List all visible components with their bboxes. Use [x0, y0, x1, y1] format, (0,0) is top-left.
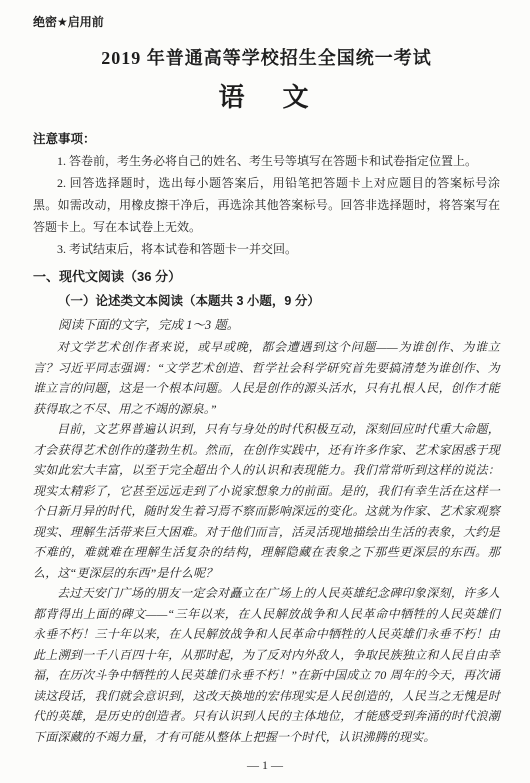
notice-heading: 注意事项：: [33, 128, 500, 150]
section-heading-modern-reading: 一、现代文阅读（36 分）: [33, 265, 500, 289]
exam-paper-page: 绝密★启用前 2019 年普通高等学校招生全国统一考试 语 文 注意事项： 1.…: [0, 0, 530, 783]
reading-passage: 对文学艺术创作者来说，或早或晚，都会遭遇到这个问题——为谁创作、为谁立言？习近平…: [33, 337, 500, 747]
notice-item-1: 1. 答卷前，考生务必将自己的姓名、考生号等填写在答题卡和试卷指定位置上。: [33, 150, 500, 172]
passage-paragraph-1: 对文学艺术创作者来说，或早或晚，都会遭遇到这个问题——为谁创作、为谁立言？习近平…: [33, 337, 500, 419]
passage-paragraph-3: 去过天安门广场的朋友一定会对矗立在广场上的人民英雄纪念碑印象深刻，许多人都背得出…: [33, 583, 500, 747]
exam-title: 2019 年普通高等学校招生全国统一考试: [33, 46, 500, 70]
classification-label: 绝密★启用前: [33, 14, 500, 30]
notice-section: 注意事项： 1. 答卷前，考生务必将自己的姓名、考生号等填写在答题卡和试卷指定位…: [33, 128, 500, 260]
subsection-heading-argumentative-reading: （一）论述类文本阅读（本题共 3 小题，9 分）: [33, 289, 500, 313]
notice-item-3: 3. 考试结束后，将本试卷和答题卡一并交回。: [33, 238, 500, 260]
passage-paragraph-2: 目前，文艺界普遍认识到，只有与身处的时代积极互动，深刻回应时代重大命题，才会获得…: [33, 419, 500, 583]
notice-item-2: 2. 回答选择题时，选出每小题答案后，用铅笔把答题卡上对应题目的答案标号涂黑。如…: [33, 172, 500, 238]
subject-title: 语 文: [33, 82, 500, 114]
page-number: — 1 —: [0, 758, 530, 773]
reading-instruction: 阅读下面的文字，完成 1～3 题。: [33, 313, 500, 337]
